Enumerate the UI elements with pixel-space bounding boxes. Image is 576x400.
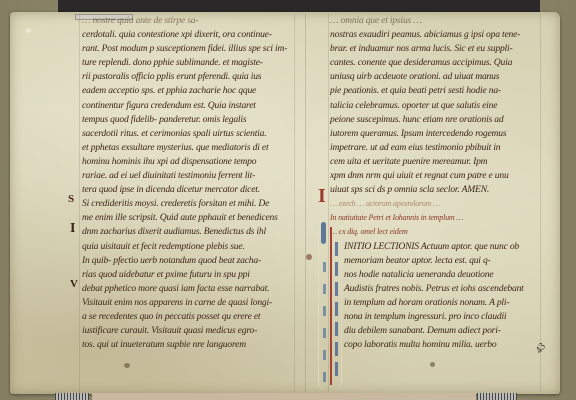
ink-stain [306,254,312,260]
initial-letter-i: I [70,221,75,237]
text-line: quia uisitauit et fecit redemptione pleb… [82,240,292,254]
text-line: copo laboratis multa hominu milia. uerbo [330,338,545,352]
text-line: peione suscepimus. hunc etiam nre oratio… [330,113,545,127]
mounting-strip [92,393,476,400]
text-line: Si credideritis moysi. crederetis forsit… [82,197,292,211]
text-line: … omnia que et ipsius … [330,14,545,28]
text-line: In quib- pfectio uerb notandum quod beat… [82,254,292,268]
initial-letter-v: V [70,278,78,290]
center-fold [305,14,306,392]
ink-stain [430,362,435,367]
text-line: nos hodie natalicia ueneranda deuotione [330,268,545,282]
text-line: impetrare. ut ad eam eius testimonio pbi… [330,141,545,155]
text-line: tera quod ipse in dicenda dicetur mercat… [82,183,292,197]
text-line: ture replendi. dono pphie sublimande. et… [82,56,292,70]
text-line: dnm zacharius dixerit audiamus. Benedict… [82,225,292,239]
red-initial-letter: I [318,185,326,208]
decorated-initial-ornament [318,222,340,390]
ruling-line [79,14,80,392]
ruling-line [294,14,295,392]
text-line: in templum ad horam orationis nonam. A p… [330,296,545,310]
blue-ornament-stroke [335,242,338,382]
text-line: INITIO LECTIONIS Actuum aptor. que nunc … [330,240,545,254]
red-ornament-stroke [330,227,332,385]
text-line: continentur figura credendum est. Quia i… [82,99,292,113]
text-line: iustificare curauit. Visitauit quasi med… [82,324,292,338]
blue-ornament-stroke [321,222,326,244]
initial-letter-s: S [68,193,74,205]
barcode-left [55,393,89,400]
text-line: me enim ille scripsit. Quid aute pphauit… [82,211,292,225]
text-line: et pphetas exsultare mysterius. que medi… [82,141,292,155]
text-line: nostras exaudiri peamus. abiciamus g ips… [330,28,545,42]
text-line: pie peationis. et quia beati petri sesti… [330,84,545,98]
text-line: eadem acceptio sps. et pphia zacharie ho… [82,84,292,98]
text-line: iutorem queramus. Ipsum intercedendo rog… [330,127,545,141]
text-line: … nostre quia ante de stirpe sa- [82,14,292,28]
text-line: xpm dnm nrm qui uiuit et regnat cum patr… [330,169,545,183]
blue-ornament-stroke [323,262,326,382]
text-line: rii pastoralis officio pplis erunt pfere… [82,70,292,84]
text-line: diu debilem sanabant. Demum adiect pori- [330,324,545,338]
text-line: tos. qui ut inueteratum supbie nre langu… [82,338,292,352]
text-line: talicia celebramus. oporter ut que salut… [330,99,545,113]
text-column-left: … nostre quia ante de stirpe sa- cerdota… [82,14,292,352]
text-line: nona in templum ingressuri. pro inco cla… [330,310,545,324]
text-line: cem uita et ueritate puenire mereamur. I… [330,155,545,169]
rubric-line: In natiuitate Petri et Iohannis in templ… [330,211,545,225]
text-line: a se recedentes quo in peccatis posset q… [82,310,292,324]
ink-stain [124,363,130,368]
text-line: Audistis fratres nobis. Petrus et iohs a… [330,282,545,296]
text-line: Visitauit enim nos apparens in carne de … [82,296,292,310]
text-line: uniusq uirb acdeuote orationi. ad uiuat … [330,70,545,84]
text-line: sacerdotii ritus. et cerimonias spali ui… [82,127,292,141]
rubric-line: … ex diq. omel lect eidem [330,225,545,239]
hole [26,28,31,33]
text-line: rant. Post modum p susceptionem fidei. i… [82,42,292,56]
text-line: cerdotali. quia contestione xpi dixerit,… [82,28,292,42]
barcode-right [477,393,517,400]
text-line: memoriam beator aptor. lecta est. qui q- [330,254,545,268]
text-line: rias quod uidebatur et pxime futuru in s… [82,268,292,282]
text-line: hominu hominis ihu xpi ad dispensatione … [82,155,292,169]
text-line: cantes. conente que desideramus accipimu… [330,56,545,70]
text-line: brar. et induamur nos arma lucis. Sic et… [330,42,545,56]
text-line: rariae. ad ei uel diuinitati testimoniu … [82,169,292,183]
text-column-right: … omnia que et ipsius … nostras exaudiri… [330,14,545,352]
rubric-line: … ezech … actorum apostolorum … [330,197,545,211]
text-line: uiuat sps sci ds p omnia scla seclor. AM… [330,183,545,197]
text-line: tempus quod fidelib- panderetur. omis le… [82,113,292,127]
text-line: debat pphetico more quasi iam facta esse… [82,282,292,296]
